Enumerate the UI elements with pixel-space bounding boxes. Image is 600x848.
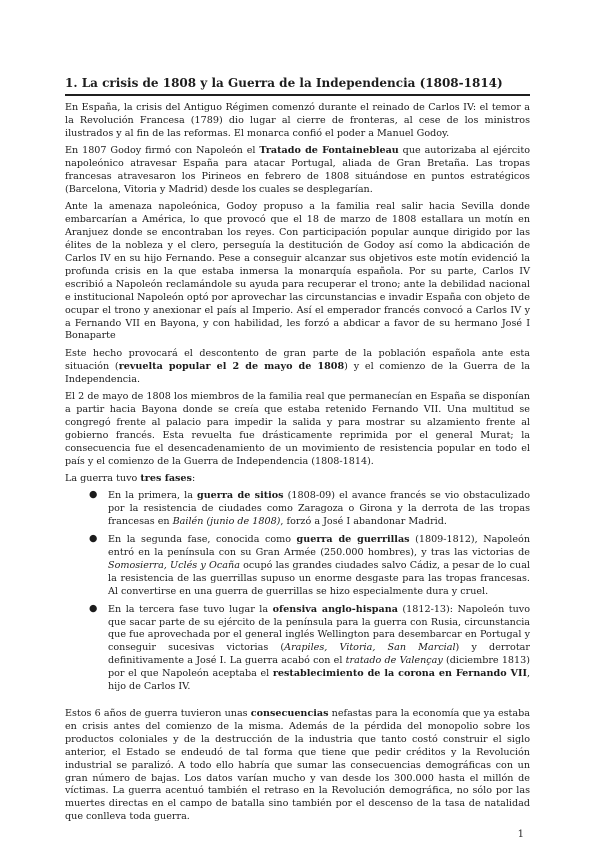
text-run: , forzó a José I abandonar Madrid. <box>280 516 447 527</box>
text-run: Ante la amenaza napoleónica, Godoy propu… <box>65 201 530 341</box>
bullet-icon: ● <box>89 489 97 502</box>
bullet-icon: ● <box>89 533 97 546</box>
paragraph: En España, la crisis del Antiguo Régimen… <box>65 102 530 141</box>
text-run: La guerra tuvo <box>65 473 140 484</box>
bullet-icon: ● <box>89 603 97 616</box>
text-run: ofensiva anglo-hispana <box>273 604 398 615</box>
text-run: En la tercera fase tuvo lugar la <box>108 604 273 615</box>
bullet-list: ●En la primera, la guerra de sitios (180… <box>65 490 530 694</box>
text-run: revuelta popular el 2 de mayo de 1808 <box>119 361 344 372</box>
text-run: En España, la crisis del Antiguo Régimen… <box>65 102 530 139</box>
document-body: En España, la crisis del Antiguo Régimen… <box>65 102 530 829</box>
text-run: Tratado de Fontainebleau <box>259 145 398 156</box>
text-run: En la segunda fase, conocida como <box>108 534 297 545</box>
text-run: Estos 6 años de guerra tuvieron unas <box>65 708 251 719</box>
page-number: 1 <box>65 829 530 841</box>
text-run: En la primera, la <box>108 490 197 501</box>
text-run: tratado de Valençay <box>346 655 443 666</box>
paragraph: La guerra tuvo tres fases: <box>65 473 530 486</box>
bullet-item: ●En la primera, la guerra de sitios (180… <box>65 490 530 529</box>
paragraph: Este hecho provocará el descontento de g… <box>65 348 530 387</box>
paragraph: En 1807 Godoy firmó con Napoleón el Trat… <box>65 145 530 197</box>
text-run: consecuencias <box>251 708 329 719</box>
bullet-item: ●En la tercera fase tuvo lugar la ofensi… <box>65 604 530 694</box>
text-run: Somosierra, Uclés y Ocaña <box>108 560 240 571</box>
text-run: nefastas para la economía que ya estaba … <box>65 708 530 822</box>
paragraph: Ante la amenaza napoleónica, Godoy propu… <box>65 201 530 343</box>
text-run: Bailén (junio de 1808) <box>173 516 281 527</box>
text-run: tres fases <box>140 473 192 484</box>
text-run: guerra de sitios <box>197 490 284 501</box>
text-run: Arapiles, Vitoria, San Marcial <box>284 642 455 653</box>
paragraph: Estos 6 años de guerra tuvieron unas con… <box>65 708 530 824</box>
paragraph: El 2 de mayo de 1808 los miembros de la … <box>65 391 530 468</box>
text-run: El 2 de mayo de 1808 los miembros de la … <box>65 391 530 467</box>
text-run: En 1807 Godoy firmó con Napoleón el <box>65 145 259 156</box>
document-page: 1. La crisis de 1808 y la Guerra de la I… <box>0 0 600 848</box>
bullet-item: ●En la segunda fase, conocida como guerr… <box>65 534 530 599</box>
section-title: 1. La crisis de 1808 y la Guerra de la I… <box>65 76 530 96</box>
text-run: restablecimiento de la corona en Fernand… <box>273 668 527 679</box>
text-run: guerra de guerrillas <box>297 534 410 545</box>
text-run: : <box>192 473 195 484</box>
